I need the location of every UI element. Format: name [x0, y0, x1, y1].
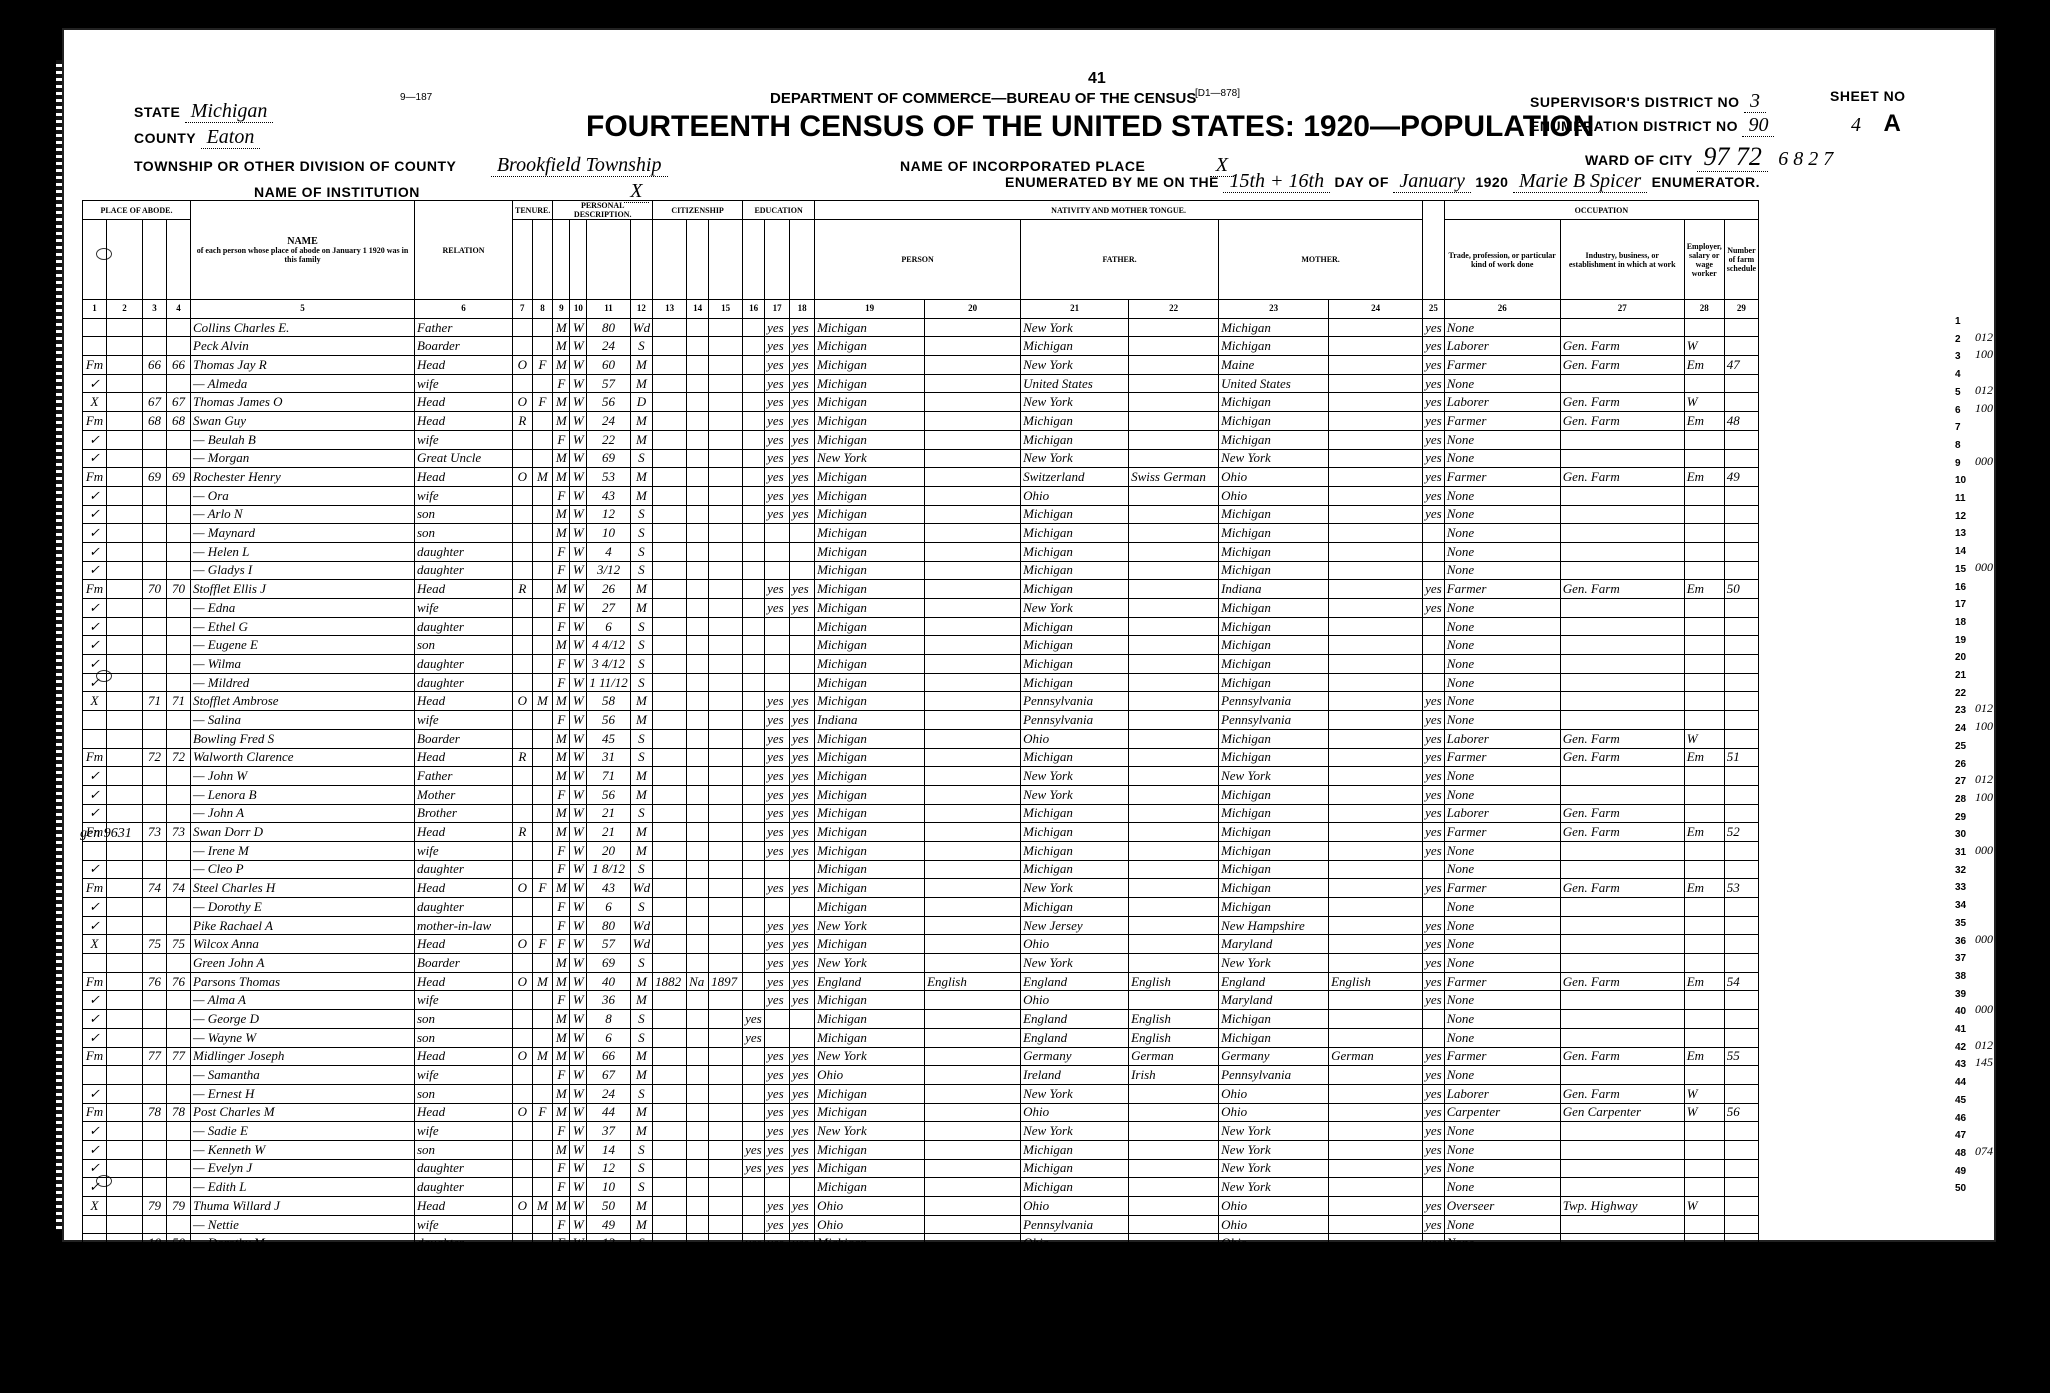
- name-cell: — Alma A: [191, 991, 415, 1010]
- write-cell: yes: [790, 337, 815, 356]
- dwelling-cell: [143, 898, 167, 917]
- family-cell: [167, 542, 191, 561]
- mother-tongue-cell: [925, 1122, 1021, 1141]
- age-cell: 12: [587, 505, 630, 524]
- name-cell: — George D: [191, 1010, 415, 1029]
- father-tongue-cell: [1129, 655, 1219, 674]
- immigration-year-cell: [653, 542, 687, 561]
- dwelling-cell: [143, 767, 167, 786]
- immigration-year-cell: [653, 748, 687, 767]
- employer-class-cell: [1684, 1159, 1724, 1178]
- immigration-year-cell: [653, 1215, 687, 1234]
- industry-cell: [1560, 374, 1684, 393]
- home-tenure-cell: [513, 767, 533, 786]
- father-birthplace-cell: New York: [1021, 599, 1129, 618]
- father-birthplace-cell: Michigan: [1021, 1159, 1129, 1178]
- relation-cell: Head: [415, 412, 513, 431]
- line-number: 25: [1955, 741, 1966, 752]
- mother-birthplace-cell: Maryland: [1219, 991, 1329, 1010]
- marital-cell: M: [630, 785, 652, 804]
- street-cell: ✓: [83, 430, 107, 449]
- mother-birthplace-cell: Michigan: [1219, 561, 1329, 580]
- marital-cell: S: [630, 673, 652, 692]
- name-cell: — Maynard: [191, 524, 415, 543]
- home-tenure-cell: [513, 729, 533, 748]
- mother-birthplace-cell: Michigan: [1219, 542, 1329, 561]
- marital-cell: M: [630, 1122, 652, 1141]
- age-cell: 26: [587, 580, 630, 599]
- naturalized-cell: [687, 374, 709, 393]
- read-cell: [765, 655, 790, 674]
- header-home-owned: [513, 220, 533, 300]
- naturalization-year-cell: [709, 785, 743, 804]
- age-cell: 24: [587, 1084, 630, 1103]
- naturalization-year-cell: [709, 374, 743, 393]
- mother-tongue-mother-cell: [1329, 785, 1423, 804]
- race-cell: W: [570, 1234, 587, 1253]
- father-birthplace-cell: Ohio: [1021, 1103, 1129, 1122]
- farm-schedule-cell: [1724, 318, 1758, 337]
- mother-tongue-cell: [925, 393, 1021, 412]
- speak-english-cell: yes: [1423, 468, 1445, 487]
- relation-cell: wife: [415, 1066, 513, 1085]
- home-tenure-cell: [513, 1122, 533, 1141]
- write-cell: yes: [790, 916, 815, 935]
- naturalized-cell: Na: [687, 972, 709, 991]
- ward-value: 97 72: [1697, 142, 1768, 172]
- school-cell: [743, 748, 765, 767]
- occupation-cell: None: [1444, 486, 1560, 505]
- table-row: Fm7070Stofflet Ellis JHeadRMW26MyesyesMi…: [83, 580, 1759, 599]
- naturalization-year-cell: [709, 393, 743, 412]
- naturalized-cell: [687, 430, 709, 449]
- birthplace-cell: Michigan: [815, 412, 925, 431]
- marital-cell: M: [630, 972, 652, 991]
- race-cell: W: [570, 617, 587, 636]
- father-birthplace-cell: New York: [1021, 449, 1129, 468]
- sex-cell: M: [553, 412, 570, 431]
- sex-cell: F: [553, 599, 570, 618]
- immigration-year-cell: [653, 337, 687, 356]
- house-number-cell: [107, 655, 143, 674]
- line-number: 37: [1955, 953, 1966, 964]
- column-number: 2: [107, 300, 143, 319]
- relation-cell: Head: [415, 935, 513, 954]
- line-number: 21: [1955, 670, 1966, 681]
- column-number: 12: [630, 300, 652, 319]
- relation-cell: Brother: [415, 804, 513, 823]
- relation-cell: wife: [415, 430, 513, 449]
- industry-cell: [1560, 599, 1684, 618]
- farm-schedule-cell: [1724, 524, 1758, 543]
- father-birthplace-cell: Michigan: [1021, 430, 1129, 449]
- table-row: ✓— OrawifeFW43MyesyesMichiganOhioOhioyes…: [83, 486, 1759, 505]
- line-number: 15: [1955, 564, 1966, 575]
- house-number-cell: [107, 1084, 143, 1103]
- line-number: 17: [1955, 599, 1966, 610]
- naturalized-cell: [687, 1066, 709, 1085]
- family-cell: [167, 804, 191, 823]
- owned-free-cell: M: [532, 1047, 553, 1066]
- column-number: 3: [143, 300, 167, 319]
- race-cell: W: [570, 729, 587, 748]
- race-cell: W: [570, 1084, 587, 1103]
- mother-tongue-mother-cell: [1329, 841, 1423, 860]
- write-cell: [790, 617, 815, 636]
- mother-tongue-cell: [925, 1028, 1021, 1047]
- occupation-cell: Farmer: [1444, 580, 1560, 599]
- mother-tongue-cell: [925, 318, 1021, 337]
- house-number-cell: [107, 636, 143, 655]
- birthplace-cell: Michigan: [815, 1234, 925, 1253]
- age-cell: 56: [587, 785, 630, 804]
- immigration-year-cell: [653, 673, 687, 692]
- name-cell: — Morgan: [191, 449, 415, 468]
- relation-cell: Head: [415, 692, 513, 711]
- dwelling-cell: [143, 318, 167, 337]
- farm-schedule-cell: [1724, 636, 1758, 655]
- family-cell: [167, 430, 191, 449]
- father-birthplace-cell: New York: [1021, 954, 1129, 973]
- birthplace-cell: Michigan: [815, 841, 925, 860]
- owned-free-cell: M: [532, 1197, 553, 1216]
- mother-birthplace-cell: New York: [1219, 1122, 1329, 1141]
- marital-cell: M: [630, 692, 652, 711]
- age-cell: 4: [587, 542, 630, 561]
- industry-cell: [1560, 898, 1684, 917]
- owned-free-cell: [532, 898, 553, 917]
- name-cell: Post Charles M: [191, 1103, 415, 1122]
- house-number-cell: [107, 449, 143, 468]
- father-tongue-cell: [1129, 318, 1219, 337]
- sex-cell: F: [553, 1122, 570, 1141]
- line-number: 5: [1955, 387, 1961, 398]
- industry-cell: [1560, 486, 1684, 505]
- sex-cell: M: [553, 972, 570, 991]
- industry-cell: [1560, 318, 1684, 337]
- father-tongue-cell: [1129, 561, 1219, 580]
- margin-code-note: 000: [1975, 454, 1993, 469]
- relation-cell: wife: [415, 841, 513, 860]
- school-cell: [743, 318, 765, 337]
- race-cell: W: [570, 1028, 587, 1047]
- naturalization-year-cell: [709, 991, 743, 1010]
- name-cell: Parsons Thomas: [191, 972, 415, 991]
- mother-birthplace-cell: Ohio: [1219, 1234, 1329, 1253]
- name-cell: Swan Guy: [191, 412, 415, 431]
- house-number-cell: [107, 1159, 143, 1178]
- mother-tongue-mother-cell: [1329, 1084, 1423, 1103]
- race-cell: W: [570, 468, 587, 487]
- occupation-cell: None: [1444, 1215, 1560, 1234]
- house-number-cell: [107, 542, 143, 561]
- home-tenure-cell: O: [513, 879, 533, 898]
- family-cell: [167, 1010, 191, 1029]
- mother-tongue-cell: [925, 617, 1021, 636]
- age-cell: 56: [587, 711, 630, 730]
- read-cell: yes: [765, 804, 790, 823]
- read-cell: yes: [765, 1140, 790, 1159]
- mother-tongue-cell: [925, 356, 1021, 375]
- name-cell: Stofflet Ambrose: [191, 692, 415, 711]
- mother-tongue-mother-cell: [1329, 449, 1423, 468]
- mother-birthplace-cell: Ohio: [1219, 1103, 1329, 1122]
- table-row: X6767Thomas James OHeadOFMW56DyesyesMich…: [83, 393, 1759, 412]
- industry-cell: [1560, 916, 1684, 935]
- birthplace-cell: Michigan: [815, 356, 925, 375]
- occupation-cell: Overseer: [1444, 1197, 1560, 1216]
- marital-cell: S: [630, 898, 652, 917]
- dwelling-cell: 70: [143, 580, 167, 599]
- race-cell: W: [570, 1122, 587, 1141]
- marital-cell: M: [630, 412, 652, 431]
- farm-schedule-cell: [1724, 991, 1758, 1010]
- header-street: [83, 220, 107, 300]
- birthplace-cell: Michigan: [815, 580, 925, 599]
- table-row: ✓— Helen LdaughterFW4SMichiganMichiganMi…: [83, 542, 1759, 561]
- owned-free-cell: [532, 486, 553, 505]
- family-cell: [167, 318, 191, 337]
- father-tongue-cell: [1129, 430, 1219, 449]
- dwelling-cell: 78: [143, 1103, 167, 1122]
- line-number: 40: [1955, 1006, 1966, 1017]
- street-cell: ✓: [83, 636, 107, 655]
- mother-tongue-cell: [925, 449, 1021, 468]
- naturalized-cell: [687, 767, 709, 786]
- speak-english-cell: yes: [1423, 1234, 1445, 1253]
- age-cell: 20: [587, 841, 630, 860]
- school-cell: [743, 599, 765, 618]
- race-cell: W: [570, 561, 587, 580]
- school-cell: [743, 991, 765, 1010]
- father-tongue-cell: English: [1129, 972, 1219, 991]
- name-cell: — Salina: [191, 711, 415, 730]
- owned-free-cell: M: [532, 692, 553, 711]
- county-field: COUNTY Eaton: [134, 126, 260, 149]
- month-value: January: [1393, 170, 1471, 193]
- column-number: 21: [1021, 300, 1129, 319]
- name-cell: — Wilma: [191, 655, 415, 674]
- name-cell: — John A: [191, 804, 415, 823]
- occupation-cell: Farmer: [1444, 356, 1560, 375]
- age-cell: 57: [587, 935, 630, 954]
- relation-cell: daughter: [415, 1178, 513, 1197]
- table-row: ✓— Kenneth WsonMW14SyesyesyesMichiganMic…: [83, 1140, 1759, 1159]
- relation-cell: daughter: [415, 1234, 513, 1253]
- father-tongue-cell: [1129, 1159, 1219, 1178]
- street-cell: ✓: [83, 617, 107, 636]
- read-cell: yes: [765, 879, 790, 898]
- employer-class-cell: [1684, 561, 1724, 580]
- naturalization-year-cell: [709, 561, 743, 580]
- owned-free-cell: [532, 1066, 553, 1085]
- farm-schedule-cell: [1724, 599, 1758, 618]
- school-cell: [743, 729, 765, 748]
- school-cell: yes: [743, 1140, 765, 1159]
- immigration-year-cell: [653, 1122, 687, 1141]
- age-cell: 24: [587, 337, 630, 356]
- mother-tongue-cell: [925, 580, 1021, 599]
- marital-cell: S: [630, 1010, 652, 1029]
- school-cell: yes: [743, 1010, 765, 1029]
- house-number-cell: [107, 954, 143, 973]
- naturalized-cell: [687, 468, 709, 487]
- write-cell: [790, 673, 815, 692]
- industry-cell: [1560, 1215, 1684, 1234]
- race-cell: W: [570, 505, 587, 524]
- speak-english-cell: yes: [1423, 991, 1445, 1010]
- age-cell: 8: [587, 1010, 630, 1029]
- occupation-cell: None: [1444, 561, 1560, 580]
- birthplace-cell: Michigan: [815, 1084, 925, 1103]
- column-number: 14: [687, 300, 709, 319]
- occupation-cell: Laborer: [1444, 1084, 1560, 1103]
- owned-free-cell: [532, 580, 553, 599]
- mother-birthplace-cell: Ohio: [1219, 1215, 1329, 1234]
- table-row: ✓— MaynardsonMW10SMichiganMichiganMichig…: [83, 524, 1759, 543]
- dwelling-cell: [143, 1084, 167, 1103]
- naturalization-year-cell: [709, 430, 743, 449]
- naturalization-year-cell: [709, 636, 743, 655]
- dwelling-cell: [143, 505, 167, 524]
- family-cell: [167, 954, 191, 973]
- speak-english-cell: yes: [1423, 879, 1445, 898]
- write-cell: [790, 655, 815, 674]
- line-number: 4: [1955, 369, 1961, 380]
- relation-cell: son: [415, 636, 513, 655]
- house-number-cell: [107, 356, 143, 375]
- father-tongue-cell: [1129, 356, 1219, 375]
- marital-cell: S: [630, 729, 652, 748]
- column-number: 6: [415, 300, 513, 319]
- age-cell: 21: [587, 804, 630, 823]
- naturalized-cell: [687, 991, 709, 1010]
- naturalized-cell: [687, 916, 709, 935]
- race-cell: W: [570, 673, 587, 692]
- relation-cell: Father: [415, 318, 513, 337]
- marital-cell: M: [630, 486, 652, 505]
- race-cell: W: [570, 318, 587, 337]
- family-cell: [167, 1028, 191, 1047]
- farm-schedule-cell: [1724, 505, 1758, 524]
- home-tenure-cell: [513, 337, 533, 356]
- column-number: 19: [815, 300, 925, 319]
- mother-tongue-mother-cell: [1329, 1159, 1423, 1178]
- home-tenure-cell: O: [513, 356, 533, 375]
- mother-birthplace-cell: Michigan: [1219, 617, 1329, 636]
- write-cell: yes: [790, 599, 815, 618]
- industry-cell: [1560, 954, 1684, 973]
- sex-cell: F: [553, 785, 570, 804]
- street-cell: ✓: [83, 898, 107, 917]
- line-number: 29: [1955, 812, 1966, 823]
- margin-code-note: 012: [1975, 701, 1993, 716]
- age-cell: 6: [587, 617, 630, 636]
- industry-cell: Gen. Farm: [1560, 729, 1684, 748]
- employer-class-cell: [1684, 655, 1724, 674]
- naturalized-cell: [687, 636, 709, 655]
- read-cell: [765, 860, 790, 879]
- school-cell: [743, 542, 765, 561]
- industry-cell: Gen. Farm: [1560, 393, 1684, 412]
- owned-free-cell: [532, 430, 553, 449]
- owned-free-cell: [532, 655, 553, 674]
- sex-cell: M: [553, 767, 570, 786]
- mother-tongue-mother-cell: [1329, 767, 1423, 786]
- read-cell: yes: [765, 468, 790, 487]
- street-cell: Fm: [83, 580, 107, 599]
- name-cell: Bowling Fred S: [191, 729, 415, 748]
- school-cell: [743, 580, 765, 599]
- write-cell: yes: [790, 412, 815, 431]
- mother-tongue-mother-cell: [1329, 1028, 1423, 1047]
- mother-tongue-mother-cell: [1329, 374, 1423, 393]
- age-cell: 80: [587, 318, 630, 337]
- house-number-cell: [107, 430, 143, 449]
- immigration-year-cell: [653, 412, 687, 431]
- father-tongue-cell: [1129, 1122, 1219, 1141]
- father-tongue-cell: [1129, 916, 1219, 935]
- birthplace-cell: Michigan: [815, 1178, 925, 1197]
- race-cell: W: [570, 785, 587, 804]
- house-number-cell: [107, 617, 143, 636]
- write-cell: yes: [790, 748, 815, 767]
- mother-tongue-cell: [925, 898, 1021, 917]
- industry-cell: Gen. Farm: [1560, 748, 1684, 767]
- industry-cell: [1560, 1066, 1684, 1085]
- dwelling-cell: [143, 655, 167, 674]
- write-cell: yes: [790, 356, 815, 375]
- mother-tongue-mother-cell: [1329, 599, 1423, 618]
- immigration-year-cell: [653, 823, 687, 842]
- owned-free-cell: F: [532, 356, 553, 375]
- mother-tongue-cell: [925, 991, 1021, 1010]
- naturalized-cell: [687, 318, 709, 337]
- immigration-year-cell: [653, 1084, 687, 1103]
- age-cell: 36: [587, 991, 630, 1010]
- mother-birthplace-cell: Pennsylvania: [1219, 711, 1329, 730]
- father-tongue-cell: [1129, 860, 1219, 879]
- age-cell: 6: [587, 1028, 630, 1047]
- sex-cell: M: [553, 449, 570, 468]
- occupation-cell: None: [1444, 542, 1560, 561]
- owned-free-cell: [532, 505, 553, 524]
- school-cell: [743, 711, 765, 730]
- enumerator-label: ENUMERATOR.: [1652, 174, 1760, 190]
- sex-cell: F: [553, 1066, 570, 1085]
- school-cell: yes: [743, 1234, 765, 1253]
- owned-free-cell: [532, 1028, 553, 1047]
- table-row: ✓— Sadie EwifeFW37MyesyesNew YorkNew Yor…: [83, 1122, 1759, 1141]
- father-tongue-cell: Swiss German: [1129, 468, 1219, 487]
- age-cell: 10: [587, 524, 630, 543]
- school-cell: [743, 505, 765, 524]
- speak-english-cell: yes: [1423, 804, 1445, 823]
- sex-cell: M: [553, 1103, 570, 1122]
- speak-english-cell: [1423, 561, 1445, 580]
- father-tongue-cell: [1129, 542, 1219, 561]
- home-tenure-cell: O: [513, 935, 533, 954]
- mother-tongue-mother-cell: [1329, 1215, 1423, 1234]
- owned-free-cell: F: [532, 879, 553, 898]
- occupation-cell: Farmer: [1444, 1047, 1560, 1066]
- occupation-cell: None: [1444, 841, 1560, 860]
- header-family: [167, 220, 191, 300]
- birthplace-cell: Michigan: [815, 1140, 925, 1159]
- naturalization-year-cell: [709, 655, 743, 674]
- naturalization-year-cell: [709, 486, 743, 505]
- owned-free-cell: [532, 636, 553, 655]
